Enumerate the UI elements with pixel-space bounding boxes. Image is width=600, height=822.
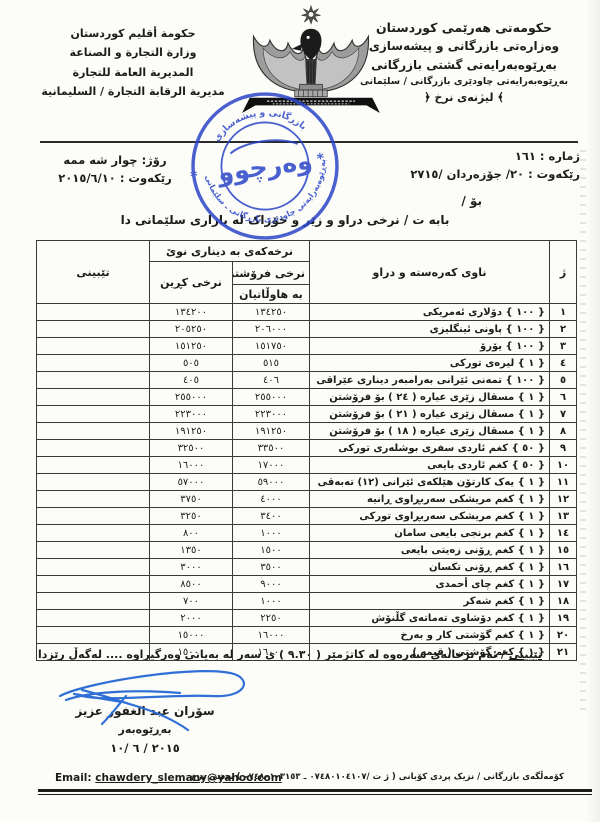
sell-price-cell: ١٥١٧٥٠ xyxy=(233,338,310,355)
sell-price-cell: ٢٥٥٠٠٠ xyxy=(233,389,310,406)
note-cell xyxy=(37,525,150,542)
row-number-cell: ١ xyxy=(550,304,577,321)
note-cell xyxy=(37,474,150,491)
sun-icon xyxy=(301,6,320,24)
to-line: بۆ / xyxy=(461,194,482,208)
buy-price-cell: ١٦٠٠٠ xyxy=(150,457,233,474)
col-header-notes: تێبینی xyxy=(37,241,150,304)
buy-price-cell: ٣٧٥٠ xyxy=(150,491,233,508)
item-name-cell: { ١ } كغم ڕۆنی تكسان xyxy=(310,559,550,576)
table-row: ٢{ ١٠٠ } پاونی ئینگلیزی٢٠٦٠٠٠٢٠٥٢٥٠ xyxy=(37,321,577,338)
note-cell xyxy=(37,542,150,559)
buy-price-cell: ١٥٠٠٠ xyxy=(150,644,233,661)
table-row: ٢١{ ١ } كغم گۆشتی ( قیمه )١٦٠٠٠١٥٠٠٠ xyxy=(37,644,577,661)
item-name-cell: { ١ } یەک كارتۆن هێلكەی ئێرانی (١٢) تەبە… xyxy=(310,474,550,491)
note-cell xyxy=(37,491,150,508)
buy-price-cell: ٣٢٥٠٠ xyxy=(150,440,233,457)
table-row: ١٠{ ٥٠ } كغم ئاردی بایعی١٧٠٠٠١٦٠٠٠ xyxy=(37,457,577,474)
buy-price-cell: ٢٥٥٠٠٠ xyxy=(150,389,233,406)
note-cell xyxy=(37,508,150,525)
buy-price-cell: ١٥١٢٥٠ xyxy=(150,338,233,355)
buy-price-cell: ٢٢٣٠٠٠ xyxy=(150,406,233,423)
row-number-cell: ١١ xyxy=(550,474,577,491)
item-name-cell: { ١ } مسقال زێری عیاره ( ٢١ ) بۆ فرۆشتن xyxy=(310,406,550,423)
item-name-cell: { ١ } كغم مریشكی سەربڕاوی توركی xyxy=(310,508,550,525)
table-row: ١٢{ ١ } كغم مریشكی سەربڕاوی ڕانیە٤٠٠٠٣٧٥… xyxy=(37,491,577,508)
header-line: المديرية العامة للتجارة xyxy=(26,63,240,82)
price-table-body: ١{ ١٠٠ } دۆلاری ئەمریكی١٣٤٢٥٠١٣٤٢٠٠٢{ ١٠… xyxy=(37,304,577,661)
note-cell xyxy=(37,644,150,661)
row-number-cell: ١٦ xyxy=(550,559,577,576)
header-line: وزارة التجارة و الصناعة xyxy=(26,43,240,62)
table-row: ١١{ ١ } یەک كارتۆن هێلكەی ئێرانی (١٢) تە… xyxy=(37,474,577,491)
row-number-cell: ٦ xyxy=(550,389,577,406)
sell-price-cell: ٣٥٠٠ xyxy=(233,559,310,576)
item-name-cell: { ١ } لیرەی توركی xyxy=(310,355,550,372)
table-row: ١{ ١٠٠ } دۆلاری ئەمریكی١٣٤٢٥٠١٣٤٢٠٠ xyxy=(37,304,577,321)
row-number-cell: ٨ xyxy=(550,423,577,440)
table-row: ٤{ ١ } لیرەی توركی٥١٥٥٠٥ xyxy=(37,355,577,372)
item-name-cell: { ١ } كغم گۆشتی ( قیمه ) xyxy=(310,644,550,661)
item-name-cell: { ١ } كغم شەكر xyxy=(310,593,550,610)
day-label: رۆژ: چوار شه ممه xyxy=(26,151,204,169)
row-number-cell: ١٨ xyxy=(550,593,577,610)
row-number-cell: ٥ xyxy=(550,372,577,389)
item-name-cell: { ١ } كغم دۆشاوی تەماتەی گڵنۆش xyxy=(310,610,550,627)
row-number-cell: ١٠ xyxy=(550,457,577,474)
sell-price-cell: ٩٠٠٠ xyxy=(233,576,310,593)
note-cell xyxy=(37,355,150,372)
sell-price-cell: ٣٤٠٠ xyxy=(233,508,310,525)
note-cell xyxy=(37,423,150,440)
col-header-number: ژ xyxy=(550,241,577,304)
col-header-item-name: ناوی كەرەستە و دراو xyxy=(310,241,550,304)
buy-price-cell: ٨٥٠٠ xyxy=(150,576,233,593)
row-number-cell: ١٩ xyxy=(550,610,577,627)
sell-price-cell: ٥١٥ xyxy=(233,355,310,372)
row-number-cell: ٢١ xyxy=(550,644,577,661)
note-cell xyxy=(37,372,150,389)
date-kurdish: رێكەوت : ٢٠/ جۆزەردان /٢٧١٥ xyxy=(370,165,580,183)
buy-price-cell: ٢٠٠٠ xyxy=(150,610,233,627)
table-row: ١٣{ ١ } كغم مریشكی سەربڕاوی توركی٣٤٠٠٣٢٥… xyxy=(37,508,577,525)
sell-price-cell: ٤٠٦ xyxy=(233,372,310,389)
item-name-cell: { ١٠٠ } دۆلاری ئەمریكی xyxy=(310,304,550,321)
note-cell xyxy=(37,457,150,474)
buy-price-cell: ٥٠٥ xyxy=(150,355,233,372)
item-name-cell: { ١ } كغم مریشكی سەربڕاوی ڕانیە xyxy=(310,491,550,508)
footer-email: Email: chawdery_slemany@yahoo.com xyxy=(55,772,282,784)
note-cell xyxy=(37,627,150,644)
email-label: Email: xyxy=(55,772,92,784)
buy-price-cell: ٧٠٠ xyxy=(150,593,233,610)
table-row: ١٩{ ١ } كغم دۆشاوی تەماتەی گڵنۆش٢٢٥٠٢٠٠٠ xyxy=(37,610,577,627)
sell-price-cell: ١٠٠٠ xyxy=(233,593,310,610)
buy-price-cell: ٢٠٥٢٥٠ xyxy=(150,321,233,338)
table-row: ١٧{ ١ } كغم چای أحمدی٩٠٠٠٨٥٠٠ xyxy=(37,576,577,593)
col-header-buy-price: نرخی كڕین xyxy=(150,262,233,304)
item-name-cell: { ١ } كغم ڕۆنی زەیتی بایعی xyxy=(310,542,550,559)
buy-price-cell: ٣٠٠٠ xyxy=(150,559,233,576)
header-line: حكومة أقليم كوردستان xyxy=(26,24,240,43)
buy-price-cell: ٤٠٥ xyxy=(150,372,233,389)
buy-price-cell: ٣٢٥٠ xyxy=(150,508,233,525)
note-cell xyxy=(37,304,150,321)
table-row: ٦{ ١ } مسقال زێری عیاره ( ٢٤ ) بۆ فرۆشتن… xyxy=(37,389,577,406)
note-cell xyxy=(37,576,150,593)
note-cell xyxy=(37,389,150,406)
meta-left: رۆژ: چوار شه ممه رێكەوت : ٢٠١٥/٦/١٠ xyxy=(26,151,204,188)
row-number-cell: ٩ xyxy=(550,440,577,457)
email-value: chawdery_slemany@yahoo.com xyxy=(95,772,281,784)
item-name-cell: { ١ } كغم برنجی بایعی سامان xyxy=(310,525,550,542)
sell-price-cell: ١٦٠٠٠ xyxy=(233,627,310,644)
buy-price-cell: ١٥٠٠٠ xyxy=(150,627,233,644)
price-table: ژ ناوی كەرەستە و دراو نرخەكەی به دیناری … xyxy=(37,240,577,661)
row-number-cell: ١٢ xyxy=(550,491,577,508)
note-cell xyxy=(37,559,150,576)
row-number-cell: ٢ xyxy=(550,321,577,338)
table-row: ١٥{ ١ } كغم ڕۆنی زەیتی بایعی١٥٠٠١٣٥٠ xyxy=(37,542,577,559)
footer-divider xyxy=(38,789,592,795)
sell-price-cell: ٥٩٠٠٠ xyxy=(233,474,310,491)
item-name-cell: { ١٠٠ } پاونی ئینگلیزی xyxy=(310,321,550,338)
scan-artifact xyxy=(580,150,586,710)
table-row: ١٤{ ١ } كغم برنجی بایعی سامان١٠٠٠٨٠٠ xyxy=(37,525,577,542)
row-number-cell: ١٧ xyxy=(550,576,577,593)
row-number-cell: ٢٠ xyxy=(550,627,577,644)
note-cell xyxy=(37,593,150,610)
note-cell xyxy=(37,610,150,627)
note-cell xyxy=(37,440,150,457)
header-arabic: حكومة أقليم كوردستان وزارة التجارة و الص… xyxy=(26,24,240,101)
table-row: ٢٠{ ١ } كغم گۆشتی كار و بەرخ١٦٠٠٠١٥٠٠٠ xyxy=(37,627,577,644)
row-number-cell: ٣ xyxy=(550,338,577,355)
stamp-side-mark: * xyxy=(189,169,199,186)
table-row: ٩{ ٥٠ } كغم ئاردی سفری بوشلەری توركی٣٣٥٠… xyxy=(37,440,577,457)
sell-price-cell: ٢٠٦٠٠٠ xyxy=(233,321,310,338)
meta-right: ژماره : ١٦١ رێكەوت : ٢٠/ جۆزەردان /٢٧١٥ xyxy=(370,147,580,184)
sell-price-cell: ١٩١٢٥٠ xyxy=(233,423,310,440)
item-name-cell: { ٥٠ } كغم ئاردی سفری بوشلەری توركی xyxy=(310,440,550,457)
date-gregorian: رێكەوت : ٢٠١٥/٦/١٠ xyxy=(26,169,204,187)
sell-price-cell: ٤٠٠٠ xyxy=(233,491,310,508)
item-name-cell: { ١ } كغم گۆشتی كار و بەرخ xyxy=(310,627,550,644)
col-header-sell-price: نرخی فرۆشتن xyxy=(233,262,310,285)
document-number: ژماره : ١٦١ xyxy=(370,147,580,165)
item-name-cell: { ٥٠ } كغم ئاردی بایعی xyxy=(310,457,550,474)
sell-price-cell: ٢٢٣٠٠٠ xyxy=(233,406,310,423)
buy-price-cell: ١٣٥٠ xyxy=(150,542,233,559)
table-row: ١٨{ ١ } كغم شەكر١٠٠٠٧٠٠ xyxy=(37,593,577,610)
document-page: حكومة أقليم كوردستان وزارة التجارة و الص… xyxy=(0,0,600,822)
buy-price-cell: ٥٧٠٠٠ xyxy=(150,474,233,491)
row-number-cell: ١٥ xyxy=(550,542,577,559)
col-header-sell-price-sub: به هاوڵاتیان xyxy=(233,285,310,304)
item-name-cell: { ١٠٠ } تمەنی ئێرانی بەرامبەر دیناری عێر… xyxy=(310,372,550,389)
buy-price-cell: ٨٠٠ xyxy=(150,525,233,542)
note-cell xyxy=(37,321,150,338)
signature-date: ٢٠١٥ / ٦ /١٠ xyxy=(50,739,240,757)
round-approval-stamp-icon: بازرگانی و پیشەسازی بەڕێوەبەرایەتی چاودێ… xyxy=(176,80,354,253)
buy-price-cell: ١٣٤٢٠٠ xyxy=(150,304,233,321)
sell-price-cell: ٢٢٥٠ xyxy=(233,610,310,627)
sell-price-cell: ٣٣٥٠٠ xyxy=(233,440,310,457)
sell-price-cell: ١٠٠٠ xyxy=(233,525,310,542)
stamp-center-text: وەرچوو xyxy=(214,145,315,189)
note-cell xyxy=(37,338,150,355)
table-row: ٥{ ١٠٠ } تمەنی ئێرانی بەرامبەر دیناری عێ… xyxy=(37,372,577,389)
sell-price-cell: ١٥٠٠ xyxy=(233,542,310,559)
signature-scribble-icon xyxy=(52,662,257,734)
item-name-cell: { ١ } مسقال زێری عیاره ( ٢٤ ) بۆ فرۆشتن xyxy=(310,389,550,406)
sell-price-cell: ١٧٠٠٠ xyxy=(233,457,310,474)
sell-price-cell: ١٦٠٠٠ xyxy=(233,644,310,661)
buy-price-cell: ١٩١٢٥٠ xyxy=(150,423,233,440)
item-name-cell: { ١ } مسقال زێری عیاره ( ١٨ ) بۆ فرۆشتن xyxy=(310,423,550,440)
table-row: ٨{ ١ } مسقال زێری عیاره ( ١٨ ) بۆ فرۆشتن… xyxy=(37,423,577,440)
sell-price-cell: ١٣٤٢٥٠ xyxy=(233,304,310,321)
row-number-cell: ٧ xyxy=(550,406,577,423)
item-name-cell: { ١ } كغم چای أحمدی xyxy=(310,576,550,593)
note-cell xyxy=(37,406,150,423)
table-row: ٣{ ١٠٠ } یۆرۆ١٥١٧٥٠١٥١٢٥٠ xyxy=(37,338,577,355)
row-number-cell: ١٤ xyxy=(550,525,577,542)
table-row: ٧{ ١ } مسقال زێری عیاره ( ٢١ ) بۆ فرۆشتن… xyxy=(37,406,577,423)
row-number-cell: ١٣ xyxy=(550,508,577,525)
row-number-cell: ٤ xyxy=(550,355,577,372)
item-name-cell: { ١٠٠ } یۆرۆ xyxy=(310,338,550,355)
table-row: ١٦{ ١ } كغم ڕۆنی تكسان٣٥٠٠٣٠٠٠ xyxy=(37,559,577,576)
